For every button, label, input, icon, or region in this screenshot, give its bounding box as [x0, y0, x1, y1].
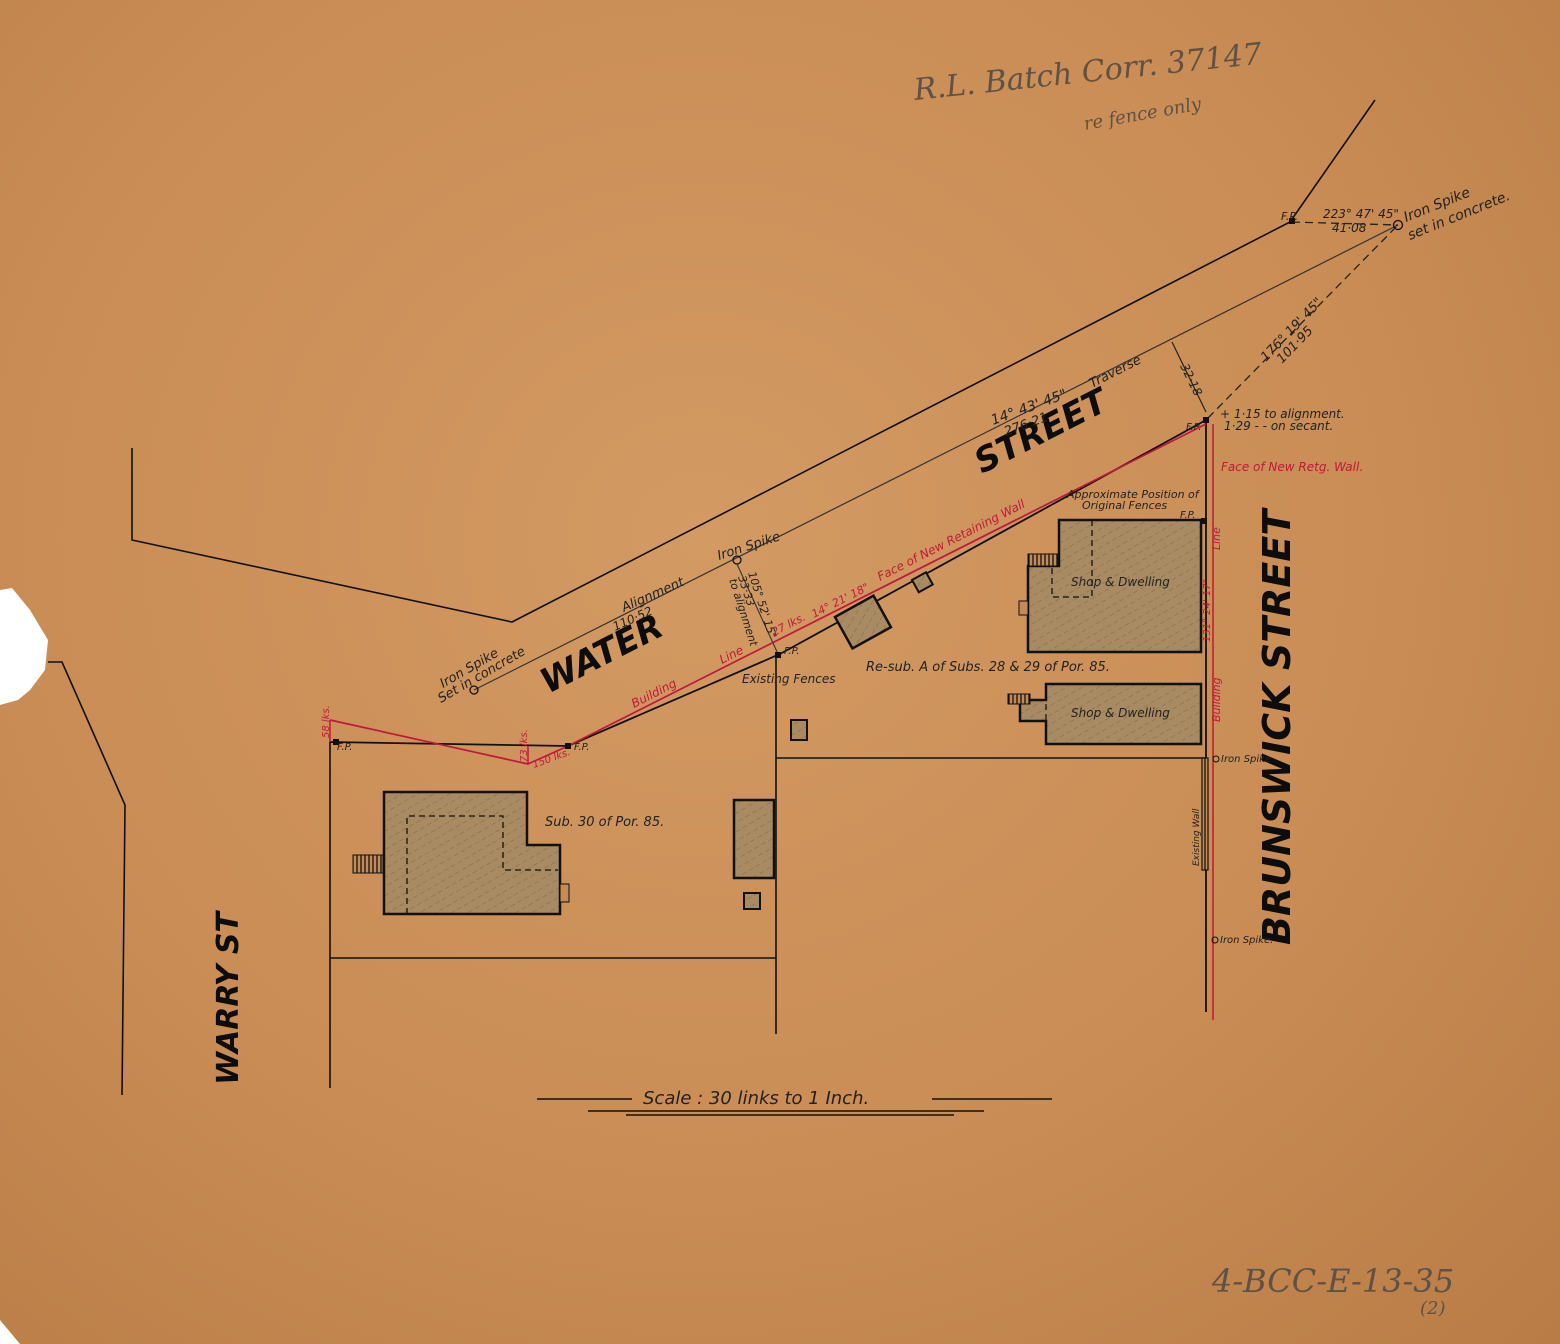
label-alignment-note-2: 1·29 - - on secant.: [1224, 419, 1333, 433]
fence-point-marker: [775, 652, 781, 658]
existing-wall: [1202, 758, 1208, 870]
label-existing-wall: Existing Wall: [1192, 808, 1202, 866]
torn-edge: [0, 588, 48, 705]
fence-point-marker: [1203, 417, 1209, 423]
survey-plan-sheet: R.L. Batch Corr. 37147 re fence only 4-B…: [0, 0, 1560, 1344]
label-fp-shop: F.P.: [1180, 510, 1195, 521]
porch-shop-1: [1019, 601, 1028, 615]
pencil-reference-sub: (2): [1420, 1298, 1446, 1319]
label-links-58: 58 lks.: [321, 705, 332, 738]
building-small-rotated-shed: [912, 572, 933, 592]
label-bearing-top: 223° 47' 45": [1323, 207, 1399, 221]
building-small-shed: [791, 720, 807, 740]
label-traverse: Traverse: [1087, 353, 1144, 392]
street-name-warry: WARRY ST: [211, 910, 246, 1085]
label-existing-fences: Existing Fences: [742, 672, 835, 686]
label-resub: Re-sub. A of Subs. 28 & 29 of Por. 85.: [866, 660, 1110, 675]
building-shed: [734, 800, 774, 878]
steps-shop-2: [1008, 694, 1030, 704]
label-line-vertical: Line: [1210, 527, 1223, 550]
label-iron-spike-r2: Iron Spike.: [1220, 935, 1273, 946]
label-shop-dwelling-1: Shop & Dwelling: [1071, 575, 1170, 589]
survey-map: R.L. Batch Corr. 37147 re fence only 4-B…: [0, 0, 1560, 1344]
label-approx-fences-2: Original Fences: [1082, 499, 1167, 512]
label-building-vertical: Building: [1210, 677, 1223, 722]
label-iron-spike-r1: Iron Spike: [1221, 754, 1271, 765]
warry-street-boundary: [48, 662, 125, 1095]
pencil-annotation-sub: re fence only: [1082, 93, 1203, 134]
torn-corner: [0, 1320, 20, 1344]
label-distance-top: 41·08: [1332, 221, 1367, 235]
porch-sub30: [560, 884, 569, 902]
iron-spike-r1-marker: [1213, 756, 1219, 762]
steps-shop-1: [1028, 554, 1058, 566]
label-fp-top: F.P.: [1281, 210, 1298, 223]
street-name-brunswick: BRUNSWICK STREET: [1255, 507, 1299, 945]
label-fp-south: F.P.: [574, 742, 589, 753]
label-fp-west: F.P.: [337, 742, 352, 753]
label-scale: Scale : 30 links to 1 Inch.: [643, 1088, 869, 1109]
label-bearing-brunswick: 131° 24' 17": [1202, 579, 1213, 642]
label-face-retg-wall: Face of New Retg. Wall.: [1221, 460, 1363, 474]
pencil-reference-number: 4-BCC-E-13-35: [1211, 1262, 1454, 1300]
steps-sub30: [353, 855, 383, 873]
label-links-73: 73 lks.: [519, 729, 530, 762]
label-offset-distance: 32·18: [1177, 361, 1205, 398]
label-sub30: Sub. 30 of Por. 85.: [545, 815, 664, 830]
label-fp-corner: F.P.: [1186, 422, 1201, 433]
pencil-annotation-top: R.L. Batch Corr. 37147: [911, 37, 1264, 109]
label-face-new-retaining-wall: Face of New Retaining Wall: [875, 497, 1028, 584]
building-small-shed: [744, 893, 760, 909]
label-iron-spike-mid: Iron Spike: [716, 529, 783, 563]
label-shop-dwelling-2: Shop & Dwelling: [1071, 706, 1170, 720]
label-fp-mid: F.P.: [784, 646, 799, 657]
building-sub30-house: [384, 792, 560, 914]
label-links-150: 150 lks.: [531, 747, 572, 771]
